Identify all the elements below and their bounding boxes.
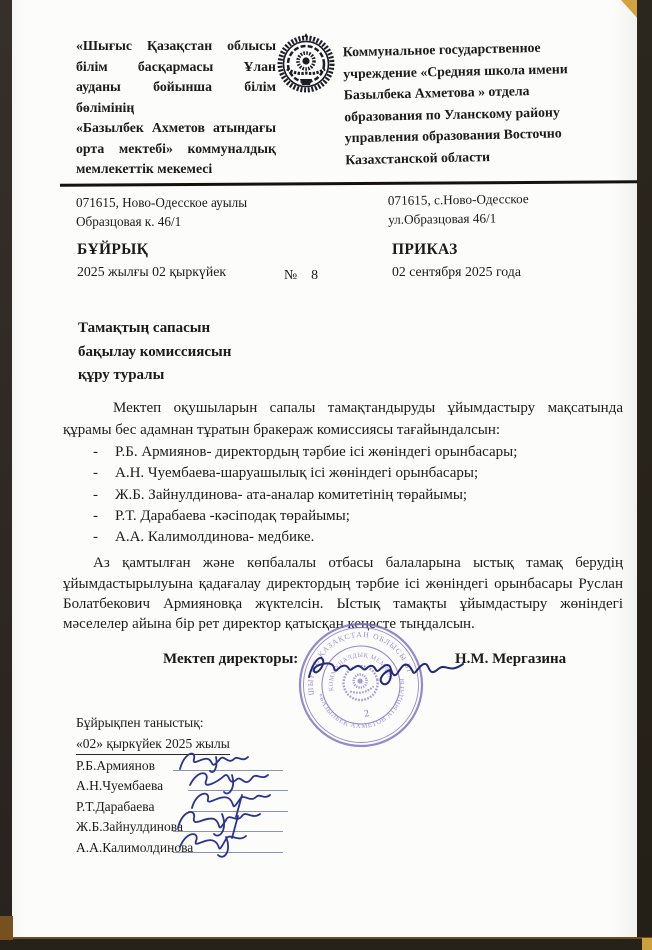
- order-date-russian: 02 сентября 2025 года: [392, 264, 521, 280]
- commission-member: Р.Т. Дарабаева -кәсіподақ төрайымы;: [63, 506, 623, 527]
- order-number-value: 8: [311, 267, 318, 282]
- org-left-line: білім басқармасы Ұлан: [76, 57, 276, 78]
- org-left-line: мемлекеттік мекемесі: [76, 159, 276, 180]
- order-title-russian: ПРИКАЗ: [392, 241, 521, 259]
- org-left-line: «Шығыс Қазақстан облысы: [76, 36, 276, 57]
- commission-member: Р.Б. Армиянов- директордың тәрбие ісі жө…: [63, 442, 623, 463]
- order-number-sign: №: [284, 267, 297, 282]
- scan-edge-left: [0, 0, 12, 928]
- order-block-kazakh: БҰЙРЫҚ 2025 жылғы 02 қыркүйек: [77, 241, 226, 280]
- scanned-document-page: «Шығыс Қазақстан облысы білім басқармасы…: [0, 0, 652, 950]
- header-divider-line: [60, 180, 652, 187]
- org-left-line: бөлімінің: [76, 98, 276, 119]
- order-title-kazakh: БҰЙРЫҚ: [77, 241, 226, 259]
- address-line: 071615, с.Ново-Одесское: [388, 189, 529, 210]
- address-kazakh: 071615, Ново-Одесское ауылы Образцовая к…: [76, 193, 247, 231]
- signatory-name: А.Н.Чуембаева: [76, 778, 163, 793]
- signatory-name: Р.Т.Дарабаева: [76, 799, 154, 814]
- commission-member: Ж.Б. Зайнулдинова- ата-аналар комитетіні…: [63, 485, 623, 506]
- org-name-russian: Коммунальное государственное учреждение …: [343, 35, 640, 171]
- subject-line: бақылау комиссиясын: [78, 341, 231, 365]
- signatory-name: Р.Б.Армиянов: [76, 758, 155, 773]
- org-left-line: ауданы бойынша білім: [76, 77, 276, 98]
- scan-corner-bottom-right: [642, 938, 652, 950]
- org-left-line: орта мектебі» коммуналдық: [76, 139, 276, 160]
- order-date-kazakh: 2025 жылғы 02 қыркүйек: [77, 264, 226, 280]
- kazakhstan-coat-of-arms-icon: [271, 31, 341, 108]
- order-subject: Тамақтың сапасын бақылау комиссиясын құр…: [78, 317, 231, 388]
- director-name: Н.М. Мергазина: [455, 651, 566, 668]
- scan-edge-bottom: [0, 937, 652, 950]
- commission-members-list: Р.Б. Армиянов- директордың тәрбие ісі жө…: [63, 442, 623, 548]
- org-left-line: «Базылбек Ахметов атындағы: [76, 118, 276, 139]
- scan-edge-right: [637, 0, 652, 950]
- org-name-kazakh: «Шығыс Қазақстан облысы білім басқармасы…: [76, 36, 276, 180]
- address-line: 071615, Ново-Одесское ауылы: [76, 193, 247, 212]
- director-handwritten-signature: [303, 641, 471, 691]
- order-body: Мектеп оқушыларын сапалы тамақтандыруды …: [63, 398, 623, 635]
- acknowledgment-title: Бұйрықпен таныстық:: [76, 712, 230, 733]
- acknowledgment-block: Бұйрықпен таныстық: «02» қыркүйек 2025 ж…: [76, 712, 230, 857]
- stamp-number: 2: [363, 708, 370, 720]
- scan-corner-bottom-left: [0, 916, 13, 940]
- scan-corner-top-right: [621, 0, 638, 19]
- commission-member: А.Н. Чуембаева-шаруашылық ісі жөніндегі …: [63, 463, 623, 484]
- body-paragraph-1: Мектеп оқушыларын сапалы тамақтандыруды …: [63, 398, 623, 441]
- order-block-russian: ПРИКАЗ 02 сентября 2025 года: [392, 241, 521, 280]
- commission-member: А.А. Калимолдинова- медбике.: [63, 527, 623, 548]
- subject-line: құру туралы: [78, 364, 231, 388]
- address-line: ул.Образцовая 46/1: [388, 208, 529, 229]
- acknowledgment-row: А.А.Калимолдинова: [76, 837, 230, 857]
- address-russian: 071615, с.Ново-Одесское ул.Образцовая 46…: [388, 189, 529, 229]
- handwritten-signature: [172, 827, 268, 861]
- signatory-name: Ж.Б.Зайнулдинова: [76, 819, 183, 834]
- order-number: №8: [284, 267, 318, 283]
- address-line: Образцовая к. 46/1: [76, 212, 247, 231]
- subject-line: Тамақтың сапасын: [78, 317, 231, 341]
